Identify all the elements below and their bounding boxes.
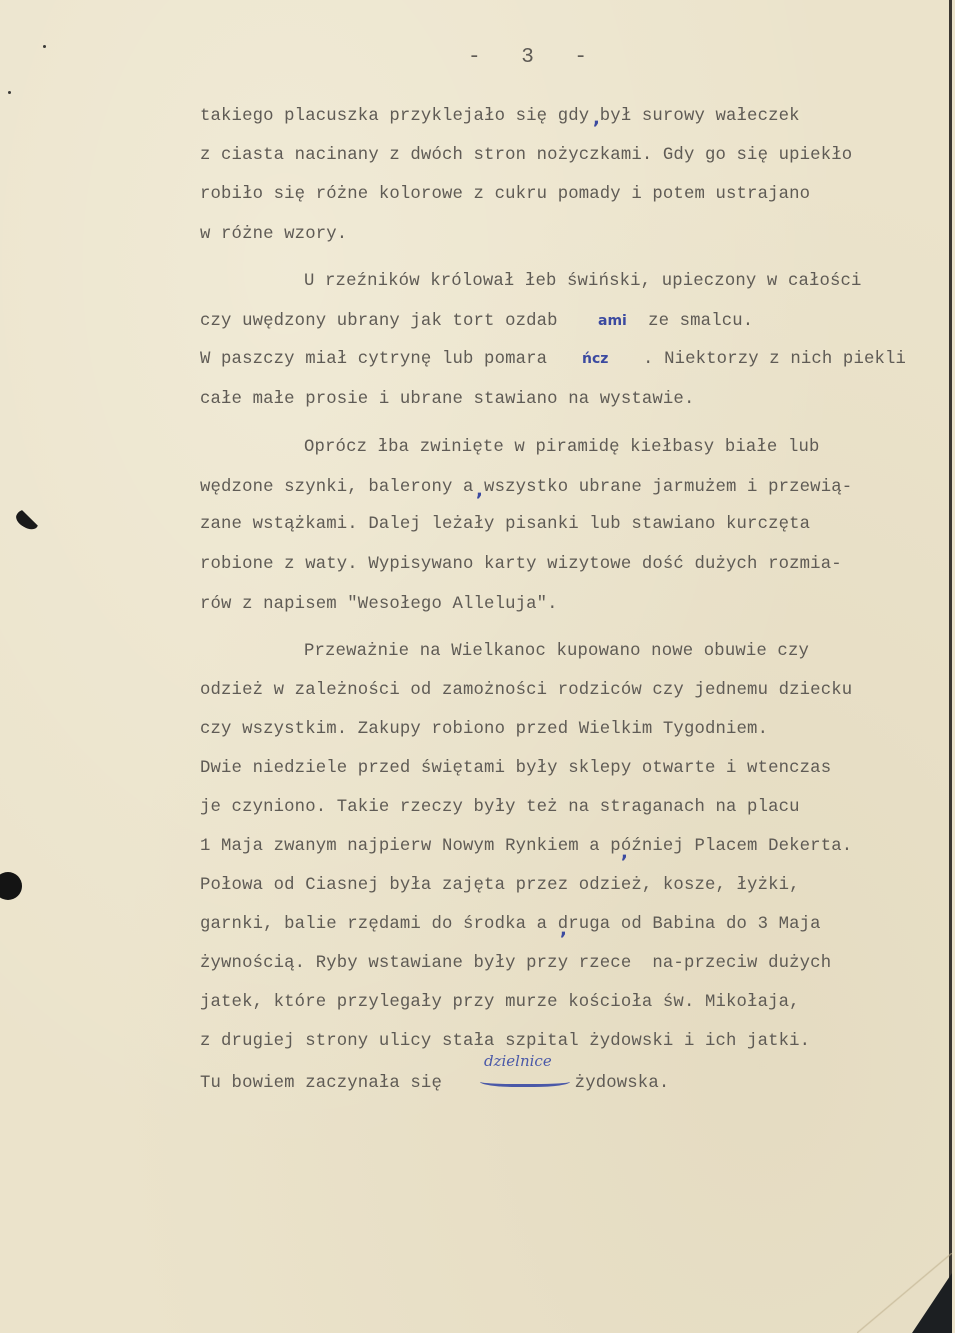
page-edge <box>949 0 952 1333</box>
pen-comma: , <box>593 108 600 129</box>
text-line: czy uwędzony ubrany jak tort ozdab <box>200 311 558 333</box>
text-line: Dwie niedziele przed świętami były sklep… <box>200 758 831 780</box>
text-line: W paszczy miał cytrynę lub pomara <box>200 349 547 371</box>
text-line: robiło się różne kolorowe z cukru pomady… <box>200 184 810 206</box>
paper-speck <box>43 45 46 48</box>
pen-comma: , <box>621 842 628 863</box>
document-page: - 3 - takiego placuszka przyklejało się … <box>0 0 952 1333</box>
punch-hole <box>13 505 43 533</box>
punch-hole <box>0 872 22 900</box>
text-line: Przeważnie na Wielkanoc kupowano nowe ob… <box>304 641 809 663</box>
pen-insertion: dzielnice <box>484 1052 552 1070</box>
text-line: je czyniono. Takie rzeczy były też na st… <box>200 797 800 819</box>
text-line: garnki, balie rzędami do środka a druga … <box>200 914 821 936</box>
text-line: 1 Maja zwanym najpierw Nowym Rynkiem a p… <box>200 836 852 858</box>
text-line: z drugiej strony ulicy stała szpital żyd… <box>200 1031 810 1053</box>
text-line: rów z napisem "Wesołego Alleluja". <box>200 594 558 616</box>
text-line: robione z waty. Wypisywano karty wizytow… <box>200 554 842 576</box>
text-line: wędzone szynki, balerony a wszystko ubra… <box>200 477 852 499</box>
text-line: takiego placuszka przyklejało się gdy by… <box>200 106 800 128</box>
text-line: czy wszystkim. Zakupy robiono przed Wiel… <box>200 719 768 741</box>
text-line: ze smalcu. <box>606 311 753 333</box>
pen-comma: , <box>560 919 567 940</box>
text-line: zane wstążkami. Dalej leżały pisanki lub… <box>200 514 810 536</box>
text-line: w różne wzory. <box>200 224 347 246</box>
text-line: z ciasta nacinany z dwóch stron nożyczka… <box>200 145 852 167</box>
page-number: - 3 - <box>468 46 601 69</box>
pen-comma: , <box>476 480 483 501</box>
text-line: żydowska. <box>480 1073 669 1095</box>
text-line: U rzeźników królował łeb świński, upiecz… <box>304 271 862 293</box>
text-line: całe małe prosie i ubrane stawiano na wy… <box>200 389 694 411</box>
text-line: Połowa od Ciasnej była zajęta przez odzi… <box>200 875 800 897</box>
text-line: jatek, które przylegały przy murze kości… <box>200 992 800 1014</box>
paper-speck <box>8 91 11 94</box>
pen-correction: ńcz <box>582 351 608 367</box>
text-line: Oprócz łba zwinięte w piramidę kiełbasy … <box>304 437 820 459</box>
text-line: Tu bowiem zaczynała się <box>200 1073 453 1095</box>
text-line: . Niektorzy z nich piekli <box>622 349 906 371</box>
text-line: odzież w zależności od zamożności rodzic… <box>200 680 852 702</box>
text-line: żywnością. Ryby wstawiane były przy rzec… <box>200 953 831 975</box>
